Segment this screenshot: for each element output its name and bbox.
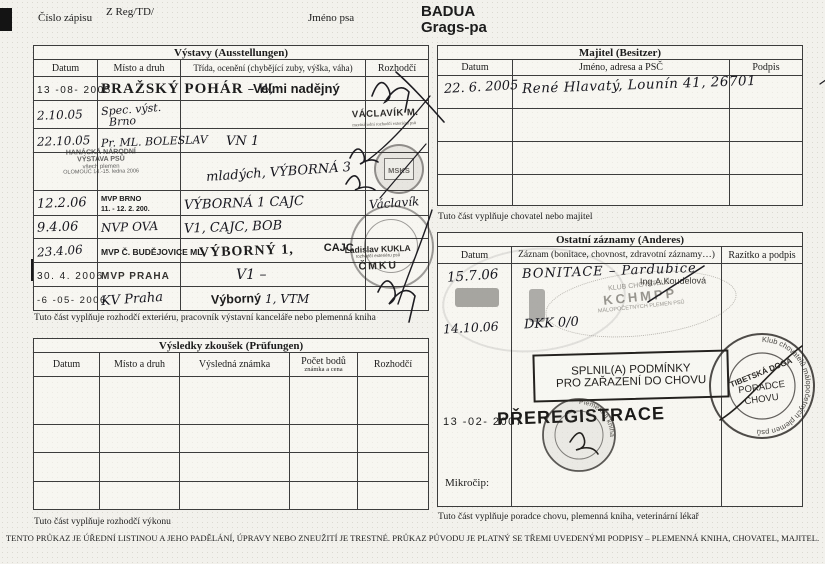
zkousky-row-empty — [34, 482, 429, 510]
show-place: MVP Č. BUDĚJOVICE ML. — [101, 247, 205, 257]
dog-name: BADUA — [421, 3, 475, 20]
msks-round-stamp: MSKS — [374, 144, 424, 194]
vystavy-row: -6 -05- 2006 KV Praha Výborný 1, VTM — [34, 287, 429, 311]
majitel-col-jmeno: Jméno, adresa a PSČ — [513, 60, 730, 76]
rating-stamp: Výborný — [211, 291, 261, 307]
majitel-table: Majitel (Besitzer) Datum Jméno, adresa a… — [437, 45, 803, 206]
rating-handwritten: mladých, VÝBORNÁ 3 — [206, 159, 352, 184]
show-date: 12.2.06 — [37, 195, 87, 212]
signature-stroke — [820, 70, 825, 84]
zkousky-title: Výsledky zkoušek (Prüfungen) — [34, 339, 429, 353]
ostatni-title: Ostatní záznamy (Anderes) — [438, 233, 803, 247]
vystavy-col-datum: Datum — [34, 60, 98, 77]
zkousky-col-datum: Datum — [34, 353, 100, 377]
show-date: 23.4.06 — [37, 242, 84, 259]
rating-handwritten: VÝBORNÁ 1 CAJC — [184, 194, 304, 213]
show-date: 2.10.05 — [37, 107, 83, 123]
show-place: NVP OVA — [101, 219, 159, 235]
majitel-row-empty — [438, 142, 803, 175]
show-place: MVP BRNO — [101, 194, 141, 203]
majitel-row-empty — [438, 109, 803, 142]
record-date-handwritten: 14.10.06 — [443, 319, 499, 337]
rating-handwritten: 1, VTM — [265, 292, 309, 306]
ostatni-col-razitko: Razítko a podpis — [722, 247, 803, 264]
field-label-z-reg: Z Reg/TD/ — [106, 6, 154, 18]
rating-handwritten: VN 1 — [226, 134, 259, 149]
legal-footer: TENTO PRŮKAZ JE ÚŘEDNÍ LISTINOU A JEHO P… — [0, 533, 825, 543]
show-date: -6 -05- 2006 — [37, 295, 107, 306]
field-label-jmeno-psa: Jméno psa — [308, 12, 354, 24]
rating-handwritten: V1 – — [236, 267, 266, 283]
vystavy-note: Tuto část vyplňuje rozhodčí exteriéru, p… — [34, 313, 376, 323]
show-place: MVP PRAHA — [101, 271, 170, 282]
dog-name-line2: Grags-pa — [421, 19, 487, 36]
hanacka-show-stamp: HANÁCKÁ NÁRODNÍ VÝSTAVA PSŮ všech plemen… — [36, 148, 166, 177]
vystavy-title: Výstavy (Ausstellungen) — [34, 46, 429, 60]
zkousky-note: Tuto část vyplňuje rozhodčí výkonu — [34, 517, 171, 527]
plemenna-kniha-round-stamp: Plemenná kniha — [540, 396, 618, 474]
microchip-label: Mikročip: — [445, 477, 489, 489]
rating-handwritten: V1, CAJC, BOB — [184, 218, 283, 236]
rating-stamp: Velmi nadějný — [253, 81, 340, 96]
field-label-cislo-zapisu: Číslo zápisu — [38, 12, 92, 24]
judge-stamp-vaclavik: VÁCLAVÍK M. mezinárodní rozhodčí exterié… — [352, 101, 429, 128]
judge-stamp-kukla: Ladislav KUKLA rozhodčí exteriéru psů ČM… — [328, 243, 429, 273]
zkousky-col-rozhodci: Rozhodčí — [358, 353, 429, 377]
majitel-title: Majitel (Besitzer) — [438, 46, 803, 60]
zkousky-row-empty — [34, 425, 429, 453]
date-stamp-2007: 13 -02- 2007 — [443, 416, 523, 428]
zkousky-col-znamka: Výsledná známka — [180, 353, 290, 377]
vystavy-row: 13 -08- 2005 PRAŽSKÝ POHÁR – W, Velmi na… — [34, 77, 429, 101]
stamp-line: PRO ZAŘAZENÍ DO CHOVU — [556, 374, 706, 390]
zkousky-row-empty — [34, 377, 429, 425]
zkousky-row-empty — [34, 453, 429, 482]
show-date-stamp: 11. - 12. 2. 200. — [101, 206, 150, 213]
ostatni-note: Tuto část vyplňuje poradce chovu, plemen… — [438, 512, 699, 522]
judge-subtitle: mezinárodní rozhodčí exteriéru psů — [352, 119, 428, 128]
show-place: KV Praha — [101, 289, 164, 308]
show-date: 22.10.05 — [37, 133, 91, 149]
majitel-col-datum: Datum — [438, 60, 513, 76]
majitel-note: Tuto část vyplňuje chovatel nebo majitel — [438, 212, 593, 222]
zkousky-table: Výsledky zkoušek (Prüfungen) Datum Místo… — [33, 338, 429, 510]
vystavy-col-rozhodci: Rozhodčí — [366, 60, 429, 77]
majitel-row-empty — [438, 175, 803, 206]
show-date: 9.4.06 — [37, 219, 79, 235]
zkousky-col-body: Počet bodů — [301, 356, 346, 367]
zkousky-col-body-sub: známka a cena — [293, 367, 354, 373]
scan-artifact — [0, 8, 12, 31]
splnil-box-stamp: SPLNIL(A) PODMÍNKY PRO ZAŘAZENÍ DO CHOVU — [532, 349, 729, 402]
vystavy-row: 2.10.05 Spec. výst. Brno VÁCLAVÍK M. mez… — [34, 101, 429, 129]
show-place-line2: Brno — [109, 115, 137, 128]
judge-name: VÁCLAVÍK M. — [352, 107, 419, 120]
show-place: PRAŽSKÝ POHÁR — [101, 81, 244, 97]
pedigree-card-scan: Číslo zápisu Z Reg/TD/ Jméno psa BADUA G… — [0, 0, 825, 564]
ostatni-col-datum: Datum — [438, 247, 512, 264]
poradce-chovu-round-stamp: Klub chovatelů málopočetných plemen psů … — [706, 330, 818, 442]
zkousky-col-misto: Místo a druh — [100, 353, 180, 377]
show-date: 30. 4. 2006 — [37, 271, 104, 282]
vystavy-col-misto: Místo a druh — [98, 60, 181, 77]
msks-label: MSKS — [388, 166, 410, 175]
vystavy-col-trida: Třída, ocenění (chybějící zuby, výška, v… — [181, 60, 366, 77]
rating-stamp: VÝBORNÝ 1, — [199, 242, 294, 261]
